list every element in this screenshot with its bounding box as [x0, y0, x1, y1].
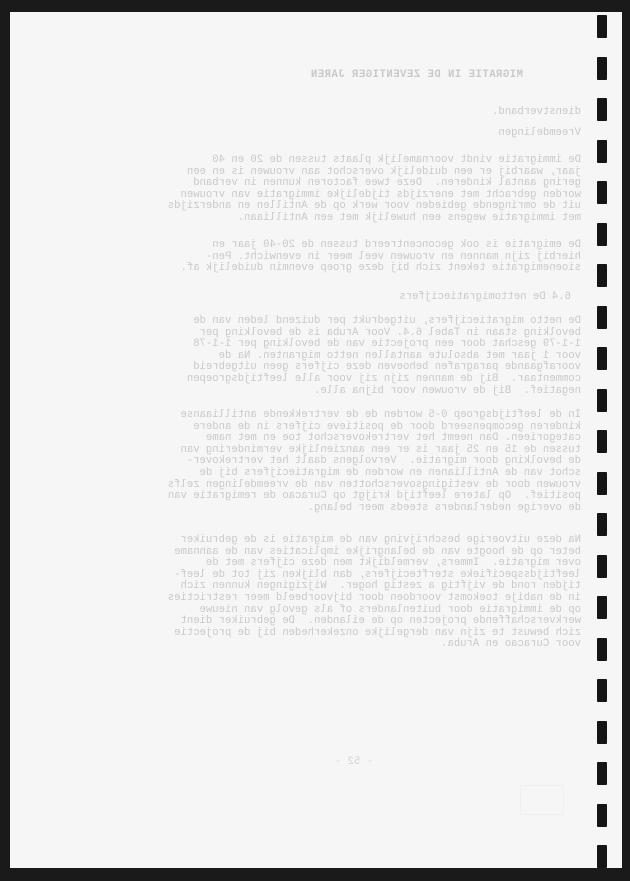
binding-hole	[597, 15, 607, 38]
page-number: - 52 -	[63, 757, 581, 769]
binding-hole	[597, 845, 607, 868]
text-line: sioenemigratie tekent zich bij deze groe…	[63, 263, 581, 275]
section-heading: 6.4 De nettomigratiecijfers	[63, 292, 581, 304]
binding-hole	[597, 389, 607, 412]
binding-hole	[597, 347, 607, 370]
binding-hole	[597, 181, 607, 204]
binding-holes	[597, 0, 608, 881]
running-header: MIGRATIE IN DE ZEVENTIGER JAREN	[63, 70, 581, 82]
show-through-text: MIGRATIE IN DE ZEVENTIGER JAREN dienstve…	[63, 0, 581, 881]
text-line: De emigratie is ook geconcentreerd tusse…	[63, 240, 581, 252]
binding-hole	[597, 472, 607, 495]
paragraph-4: In de leeftijdsgroep 0-5 worden de de ve…	[63, 410, 581, 514]
binding-hole	[597, 721, 607, 744]
text-line: met immigratie wegens een huwelijk met e…	[63, 213, 581, 225]
binding-hole	[597, 762, 607, 785]
binding-hole	[597, 306, 607, 329]
text-line: In de leeftijdsgroep 0-5 worden de de ve…	[63, 410, 581, 422]
binding-hole	[597, 679, 607, 702]
paragraph-1: De immigratie vindt voornamelijk plaats …	[63, 155, 581, 225]
paragraph-5: Na deze uitvoerige beschrijving van de m…	[63, 535, 581, 651]
binding-hole	[597, 140, 607, 163]
binding-hole	[597, 804, 607, 827]
line-dienstverband: dienstverband.	[63, 107, 581, 119]
paragraph-3: De netto migratiecijfers, uitgedrukt per…	[63, 316, 581, 397]
text-line: De netto migratiecijfers, uitgedrukt per…	[63, 316, 581, 328]
text-line: voor Curacao en Aruba.	[63, 639, 581, 651]
binding-hole	[597, 555, 607, 578]
binding-hole	[597, 264, 607, 287]
text-line: commentaar. Bij de mannen zijn zij voor …	[63, 374, 581, 386]
text-line: in de nabije toekomst voordoen door bijv…	[63, 593, 581, 605]
binding-hole	[597, 596, 607, 619]
binding-hole	[597, 98, 607, 121]
text-line: positief. Op latere leeftijd krijgt op C…	[63, 491, 581, 503]
text-line: negatief. Bij de vrouwen voor bijna alle…	[63, 386, 581, 398]
binding-hole	[597, 57, 607, 80]
text-line: De immigratie vindt voornamelijk plaats …	[63, 155, 581, 167]
binding-hole	[597, 638, 607, 661]
paragraph-2: De emigratie is ook geconcentreerd tusse…	[63, 240, 581, 275]
binding-hole	[597, 513, 607, 536]
text-line: de overige nederlanders steeds meer bela…	[63, 503, 581, 515]
text-line: Na deze uitvoerige beschrijving van de m…	[63, 535, 581, 547]
binding-hole	[597, 223, 607, 246]
text-line: schot van de Antillianen en worden de mi…	[63, 468, 581, 480]
binding-hole	[597, 430, 607, 453]
subheading-vreemdelingen: Vreemdelingen	[63, 128, 581, 140]
text-line: werkverschaffende projecten op de eiland…	[63, 616, 581, 628]
